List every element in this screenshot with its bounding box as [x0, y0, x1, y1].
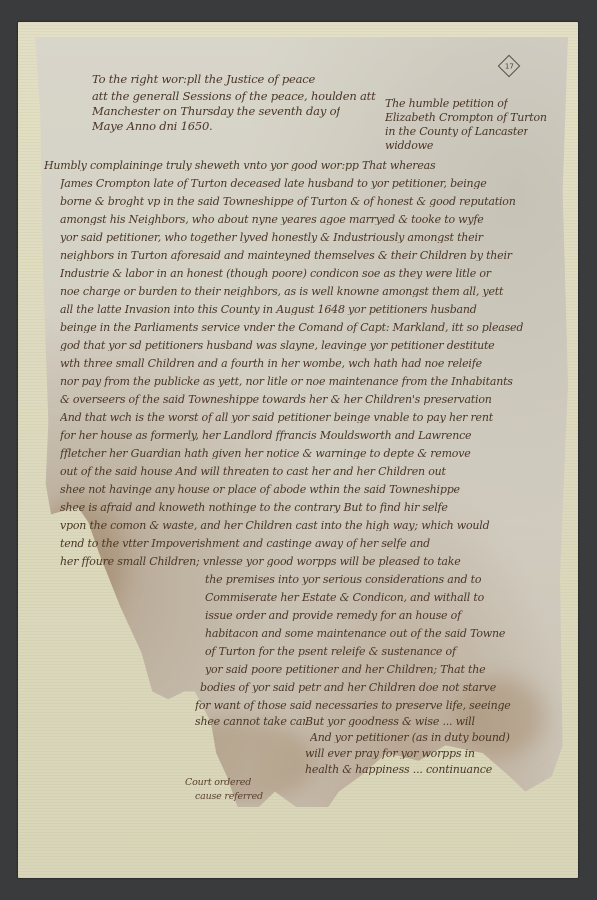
- address-line: Manchester on Thursday the seventh day o…: [92, 106, 340, 118]
- body-line: out of the said house And will threaten …: [60, 466, 570, 477]
- body-line: ffletcher her Guardian hath given her no…: [60, 448, 570, 459]
- body-line: for her house as formerly, her Landlord …: [60, 430, 570, 441]
- body-line: Humbly complaininge truly sheweth vnto y…: [44, 160, 564, 171]
- body-line: nor pay from the publicke as yett, nor l…: [60, 376, 570, 387]
- body-line: beinge in the Parliaments service vnder …: [60, 322, 570, 333]
- body-line: amongst his Neighbors, who about nyne ye…: [60, 214, 570, 225]
- body-line: And that wch is the worst of all yor sai…: [60, 412, 570, 423]
- petition-title-line: The humble petition of: [385, 98, 508, 109]
- body-line: shee is afraid and knoweth nothinge to t…: [60, 502, 570, 513]
- body-line: Industrie & labor in an honest (though p…: [60, 268, 570, 279]
- endorsement-line: Court ordered: [185, 778, 251, 788]
- body-line: for want of those said necessaries to pr…: [195, 700, 565, 711]
- closing-line: health & happiness ... continuance: [305, 764, 565, 775]
- body-line: & overseers of the said Towneshippe towa…: [60, 394, 570, 405]
- address-line: To the right wor:pll the Justice of peac…: [92, 74, 315, 86]
- address-line: Maye Anno dni 1650.: [92, 121, 213, 133]
- petition-title-line: in the County of Lancaster: [385, 126, 528, 137]
- address-line: att the generall Sessions of the peace, …: [92, 91, 376, 103]
- closing-line: And yor petitioner (as in duty bound): [310, 732, 565, 743]
- body-line: the premises into yor serious considerat…: [205, 574, 565, 585]
- body-line: vpon the comon & waste, and her Children…: [60, 520, 570, 531]
- endorsement-line: cause referred: [195, 792, 263, 802]
- body-line: But yor goodness & wise ... will: [305, 716, 565, 727]
- body-line: god that yor sd petitioners husband was …: [60, 340, 570, 351]
- closing-line: will ever pray for yor worpps in: [305, 748, 565, 759]
- body-line: borne & broght vp in the said Towneshipp…: [60, 196, 570, 207]
- body-line: James Crompton late of Turton deceased l…: [60, 178, 570, 189]
- body-line: shee cannot take care of: [195, 716, 305, 727]
- body-line: bodies of yor said petr and her Children…: [200, 682, 565, 693]
- body-line: noe charge or burden to their neighbors,…: [60, 286, 570, 297]
- body-line: tend to the vtter Impoverishment and cas…: [60, 538, 570, 549]
- body-line: Commiserate her Estate & Condicon, and w…: [205, 592, 565, 603]
- body-line: of Turton for the psent releife & susten…: [205, 646, 565, 657]
- body-line: habitacon and some maintenance out of th…: [205, 628, 565, 639]
- body-line: wth three small Children and a fourth in…: [60, 358, 570, 369]
- body-line: shee not havinge any house or place of a…: [60, 484, 570, 495]
- petition-title-line: widdowe: [385, 140, 433, 151]
- petition-title-line: Elizabeth Crompton of Turton: [385, 112, 547, 123]
- body-line: issue order and provide remedy for an ho…: [205, 610, 565, 621]
- body-line: her ffoure small Children; vnlesse yor g…: [60, 556, 570, 567]
- body-line: yor said poore petitioner and her Childr…: [205, 664, 565, 675]
- body-line: all the latte Invasion into this County …: [60, 304, 570, 315]
- body-line: yor said petitioner, who together lyved …: [60, 232, 570, 243]
- body-line: neighbors in Turton aforesaid and mainte…: [60, 250, 570, 261]
